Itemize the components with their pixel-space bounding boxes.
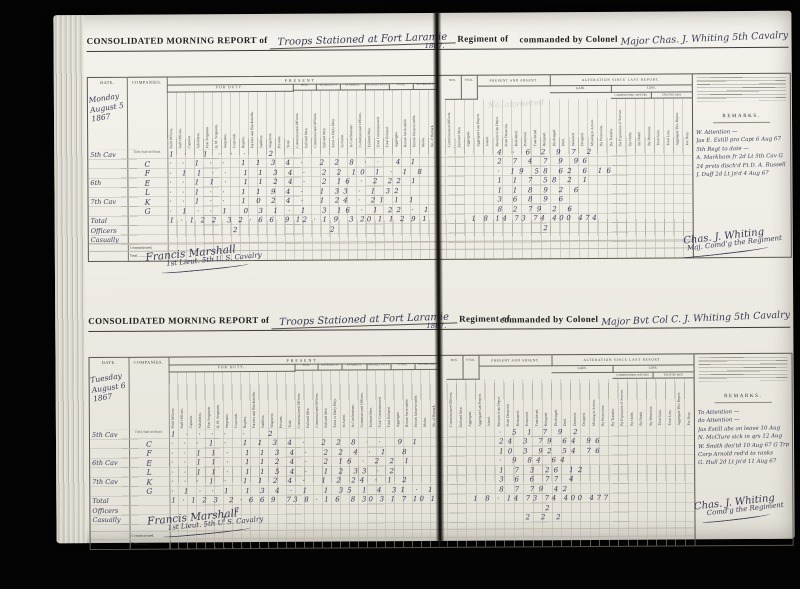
row-company: F [127, 169, 167, 178]
column-label: Aggregate. [392, 90, 401, 148]
commanded-label: commanded by Colonel [519, 34, 618, 45]
column-label: Commissioned Officers. [295, 371, 304, 429]
small-box-label: SICK. [446, 356, 463, 380]
row-left-figures: 2 2 [168, 225, 438, 235]
column-label: Died. [561, 379, 571, 427]
row-left-figures: · · · 1 · 1 1 3 4 · 2 2 8 · · 9 1 [169, 438, 439, 448]
commanded-label: commanded by Colonel [500, 314, 599, 325]
column-label: Mules. [419, 90, 428, 148]
present-absent-header: PRESENT AND ABSENT. [478, 75, 551, 86]
row-right-figures: 3 6 6 77 4 [447, 475, 694, 485]
row-company: K [129, 477, 169, 486]
row-date: Total [90, 497, 129, 505]
companies-column-label: COMPANIES. [129, 360, 169, 365]
row-date: 5th Cav [90, 431, 129, 439]
row-left-figures: · · 1 · · 1 1 3 4 · 2 2 8 · · 4 1 [167, 158, 437, 168]
column-label: Commissioned Officers. [293, 91, 302, 149]
column-label: Enlisted Men. [367, 370, 376, 428]
column-label: For Duty. [682, 98, 692, 146]
column-label: Extra or Daily Duty. [331, 371, 340, 429]
footer-commissioned-label: Commissioned. [130, 246, 152, 250]
row-date: 6th Cav [90, 459, 129, 467]
column-label: Sergeants. [221, 91, 230, 149]
column-label: Horses Serviceable. [403, 370, 412, 428]
column-label: Promoted. [521, 99, 531, 147]
row-right-figures: 2 7 4 7 9 96 [445, 157, 692, 167]
column-label: By Death. [635, 99, 645, 147]
row-right-figures: 1 1 7 58 2 1 [445, 176, 692, 186]
column-label: Corporals. [230, 91, 239, 149]
remark-line: J. Duff 2d Lt jn'd 4 Aug 67 [696, 169, 787, 180]
row-left-figures: 1 · · · · · 2 [169, 429, 439, 439]
row-right-figures: 8 2 79 2 6 [446, 204, 693, 214]
column-label: By Order. [625, 99, 635, 147]
column-label: Died. [559, 99, 569, 147]
column-label: Farriers and Blacksmiths. [250, 371, 259, 429]
date-column-label: DATE. [90, 360, 129, 365]
row-date: Officers [90, 507, 129, 515]
small-box-label: TOTAL. [461, 76, 478, 100]
column-label: Discharged. [549, 99, 559, 147]
row-left-figures: · 1 · · 1 1 3 4 · 1 1 35 1 4 31 · 1 [169, 486, 439, 496]
column-label: Resigned. [540, 99, 550, 147]
column-label: By Desertion. [644, 99, 654, 147]
column-label: Field Officers. [169, 372, 178, 430]
small-box-label: TOTAL. [463, 356, 480, 380]
column-label: Total Loss. [663, 98, 673, 146]
gain-header: GAIN. [552, 365, 614, 373]
row-right-figures: 3 6 8 9 6 [446, 195, 693, 205]
column-label: Total Gain. [656, 379, 666, 427]
column-label: Reinstated. [511, 99, 521, 147]
column-label: Horses Serviceable. [401, 90, 410, 148]
column-label: From Desertion. [504, 379, 514, 427]
column-label: Staff Officers. [178, 371, 187, 429]
row-company: L [129, 468, 169, 477]
row-date: Officers [89, 227, 128, 235]
column-label: Total Loss. [665, 378, 675, 426]
remarks-subcaption-line [715, 402, 772, 403]
column-label: Saddlers. [259, 371, 268, 429]
column-label: By Death. [637, 379, 647, 427]
column-label: Commissioned Officers. [445, 100, 455, 148]
column-label: From Desertion. [502, 99, 512, 147]
column-label: Enlisted Men. [320, 91, 329, 149]
column-label: Extra or Daily Duty. [329, 91, 338, 149]
column-label: Horses Unserviceable. [410, 90, 419, 148]
column-label: Discharged. [551, 379, 561, 427]
column-label: First Sergeants. [203, 91, 212, 149]
column-label: Total Gain. [654, 99, 664, 147]
row-company: F [129, 449, 169, 458]
small-box-label: SICK. [445, 76, 462, 100]
row-right-figures [446, 237, 693, 239]
column-label: Resigned. [542, 379, 552, 427]
column-label: Farriers and Blacksmiths. [248, 91, 257, 149]
column-label: Commissioned Officers. [311, 91, 320, 149]
commanded-handwritten-name: Major Chas. J. Whiting 5th Cavalry [621, 30, 789, 48]
column-label: Aggregate. [466, 380, 476, 428]
row-right-figures: 10 3 92 54 76 [447, 446, 694, 456]
row-date: 6th [88, 179, 127, 187]
remark-line: G. Hull 2d Lt jn'd 11 Aug 67 [698, 457, 789, 468]
row-company: K [128, 197, 168, 206]
column-label: Missing in Action. [587, 99, 597, 147]
column-label: Total Commissioned. [376, 370, 385, 428]
column-label: Dropped. [578, 99, 588, 147]
column-label: Total Enlisted. [385, 370, 394, 428]
column-label: Commissioned Officers. [313, 371, 322, 429]
row-company: L [127, 188, 167, 197]
row-left-figures: · 1 1 · · 1 1 3 4 · 2 2 10 1 · 1 8 [167, 168, 437, 178]
book-page-edges [53, 15, 86, 543]
column-label: Dropped. [580, 379, 590, 427]
column-label: Enlisted Men. [454, 100, 464, 148]
commanded-handwritten-name: Major Bvt Col C. J. Whiting 5th Cavalry [601, 309, 790, 328]
column-label: In Arrest. [340, 370, 349, 428]
column-label: In Confinement. [349, 370, 358, 428]
left-rotated-column-labels: Field Officers.Staff Officers.Captains.S… [167, 90, 437, 150]
column-label: Sergeants. [223, 371, 232, 429]
column-label: Missing in Action. [589, 379, 599, 427]
column-label: Aggregate. [464, 100, 474, 148]
column-label: By Transfer. [608, 379, 618, 427]
row-right-figures: 2 2 2 [447, 513, 694, 523]
remarks-handwritten: To Attention —do Attention —Jas Estill a… [698, 408, 789, 467]
column-label: Privates. [275, 91, 284, 149]
ledger-page-scan: CONSOLIDATED MORNING REPORT ofTroops Sta… [53, 11, 794, 543]
column-label: Field Officers. [167, 92, 176, 150]
column-label: For Duty. [684, 378, 694, 426]
footer-total-label: Total .......... [132, 542, 149, 546]
row-right-figures: · 19 58 62 6 16 [445, 166, 692, 176]
row-date: Casually [90, 516, 129, 524]
column-label: Staff Officers. [176, 91, 185, 149]
column-label: Captains. [187, 371, 196, 429]
title-prefix: CONSOLIDATED MORNING REPORT of [87, 35, 268, 46]
gain-header: GAIN. [550, 85, 612, 93]
companies-column-label: COMPANIES. [127, 80, 167, 85]
row-company: E [129, 458, 169, 467]
row-right-figures: 1 8 · 14 73 74 400 477 [447, 494, 694, 504]
printed-note-fineprint [698, 357, 787, 382]
column-label: Mules. [421, 370, 430, 428]
date-handwritten: Tuesday August 6 1867 [90, 370, 131, 404]
row-left-figures: 1 · 1 2 2 3 2 · 6 6 9 12 · 1 9 3 20 1 1 … [168, 215, 438, 225]
row-right-figures: 8 7 79 42 [447, 484, 694, 494]
column-label: By Expiration of Service. [618, 379, 628, 427]
commanded-by: commanded by ColonelMajor Bvt Col C. J. … [500, 308, 790, 328]
column-label: Aggregate Last Report. [475, 380, 485, 428]
column-label: Total Enlisted. [383, 90, 392, 148]
column-label: Transferred. [530, 99, 540, 147]
column-label: First Sergeants. [205, 371, 214, 429]
column-label: Recruits from Depot. [492, 100, 502, 148]
column-label: Enlisted Men. [456, 380, 466, 428]
column-label: By Promotion. [599, 379, 609, 427]
column-label: Commissioned Officers. [447, 380, 457, 428]
column-label: Recruits from Depot. [494, 380, 504, 428]
row-date: Total [89, 217, 128, 225]
column-label: By Promotion. [597, 99, 607, 147]
row-left-figures: · · 1 · · 1 0 2 4 · 1 24 · 21 1 1 [168, 196, 438, 206]
column-label: Wagoners. [268, 371, 277, 429]
column-label: By Transfer. [606, 99, 616, 147]
column-label: Q. M. Sergeants. [214, 371, 223, 429]
row-company: G [128, 207, 168, 216]
column-label: Total. [284, 91, 293, 149]
column-label: Enlisted Men. [365, 90, 374, 148]
column-label: Commissioned Officers. [358, 370, 367, 428]
row-date: 7th Cav [90, 478, 129, 486]
column-label: Subalterns. [194, 91, 203, 149]
column-label: Buglers. [241, 371, 250, 429]
row-left-figures: · · · 1 · 1 1 2 4 · 1 2 24 · 1 2 [169, 476, 439, 486]
row-left-figures: · · 1 1 · 1 1 2 4 · 2 16 · 2 2 1 [169, 457, 439, 467]
column-label: Aggregate Last Report. [473, 100, 483, 148]
row-left-figures: · · 1 1 · 1 1 5 4 · 1 2 33 · 2 [169, 467, 439, 477]
column-label: Captains. [185, 91, 194, 149]
remarks-handwritten: W. Attention —Jas E. Estill pro Capt 6 A… [696, 128, 787, 179]
row-left-figures [168, 238, 438, 240]
title-prefix: CONSOLIDATED MORNING REPORT of [88, 315, 269, 326]
column-label: Commissioned Officers. [356, 90, 365, 148]
right-small-boxes: SICK.TOTAL. [445, 76, 478, 100]
row-right-figures: 1 8 14 73 74 400 474 [446, 214, 693, 224]
row-right-figures: 1 7 3 26 12 [447, 465, 694, 475]
remarks-subcaption-line [713, 122, 770, 123]
row-company: E [127, 178, 167, 187]
column-label: Subalterns. [196, 371, 205, 429]
right-rotated-column-labels: Commissioned Officers.Enlisted Men.Aggre… [445, 98, 692, 148]
column-label: In Confinement. [347, 90, 356, 148]
column-label: Wagoners. [266, 91, 275, 149]
column-label: Transferred. [532, 379, 542, 427]
column-label: Enlisted Men. [302, 91, 311, 149]
right-rotated-column-labels: Commissioned Officers.Enlisted Men.Aggre… [447, 378, 694, 428]
column-label: Total. [286, 371, 295, 429]
column-label: In Arrest. [338, 90, 347, 148]
row-company: G [129, 487, 169, 496]
column-label: By Order. [627, 379, 637, 427]
remarks-label: REMARKS. [695, 394, 792, 400]
commanded-by: commanded by ColonelMajor Chas. J. Whiti… [519, 28, 788, 48]
printed-note-fineprint [697, 77, 786, 102]
column-label: By Expiration of Service. [616, 99, 626, 147]
column-label: Q. M. Sergeants. [212, 91, 221, 149]
row-right-figures: 24 3 79 64 96 [447, 437, 694, 447]
right-small-boxes: SICK.TOTAL. [446, 356, 479, 380]
row-left-figures: · 1 · · 1 0 3 1 · 1 3 16 · 1 22 · 1 [168, 206, 438, 216]
column-label: Saddlers. [257, 91, 266, 149]
column-label: Corporals. [232, 371, 241, 429]
column-label: Privates. [277, 371, 286, 429]
column-label: Joined. [485, 380, 495, 428]
row-left-figures: 1 · 1 2 3 2 · 6 6 9 73 8 · 1 6 8 30 3 1 … [169, 495, 439, 505]
column-label: By Desertion. [646, 379, 656, 427]
column-label: Aggregate This Report. [675, 378, 685, 426]
data-rows: 5th Cav 1 · 1 · · · 2 4 · 6 2 9 7 2 C · … [88, 146, 693, 245]
row-company: C [129, 439, 169, 448]
column-label: Aggregate This Report. [673, 98, 683, 146]
column-label: Total Commissioned. [374, 90, 383, 148]
date-handwritten: Monday August 5 1867 [88, 90, 129, 124]
date-column-label: DATE. [88, 80, 127, 85]
present-absent-header: PRESENT AND ABSENT. [479, 355, 552, 366]
column-label: Buglers. [239, 91, 248, 149]
row-left-figures: 1 · 1 · · · 2 [167, 149, 437, 159]
column-label: Enlisted Men. [322, 371, 331, 429]
title-suffix: Regiment of [457, 33, 508, 43]
row-right-figures: · 5 1 7 9 2 [447, 427, 694, 437]
row-right-figures: 2 [447, 503, 694, 513]
column-label: Deserted. [568, 99, 578, 147]
column-label: Joined. [483, 100, 493, 148]
column-label: Enlisted Men. [304, 371, 313, 429]
left-rotated-column-labels: Field Officers.Staff Officers.Captains.S… [169, 370, 439, 430]
row-date: 7th Cav [89, 198, 128, 206]
column-label: Deserted. [570, 379, 580, 427]
row-right-figures: 4 · 6 2 9 7 2 [445, 147, 692, 157]
row-left-figures: · · 1 · · 1 1 9 4 · 1 33 · 1 32 [167, 187, 437, 197]
row-left-figures: · · 1 1 · 1 1 2 4 · 2 16 · 2 22 1 [167, 177, 437, 187]
column-label: Reinstated. [513, 379, 523, 427]
column-label: Aggregate. [394, 370, 403, 428]
row-right-figures: 2 [446, 223, 693, 233]
row-right-figures: · 9 84 64 [447, 456, 694, 466]
row-date: 5th Cav [88, 151, 127, 159]
row-left-figures: · · 1 1 · 1 1 3 4 · 2 2 4 · 1 8 [169, 448, 439, 458]
column-label: Promoted. [523, 379, 533, 427]
remarks-label: REMARKS. [693, 114, 790, 120]
row-company: C [127, 159, 167, 168]
column-label: Horses Unserviceable. [412, 370, 421, 428]
row-right-figures: 1 1 8 9 2 6 [445, 185, 692, 195]
